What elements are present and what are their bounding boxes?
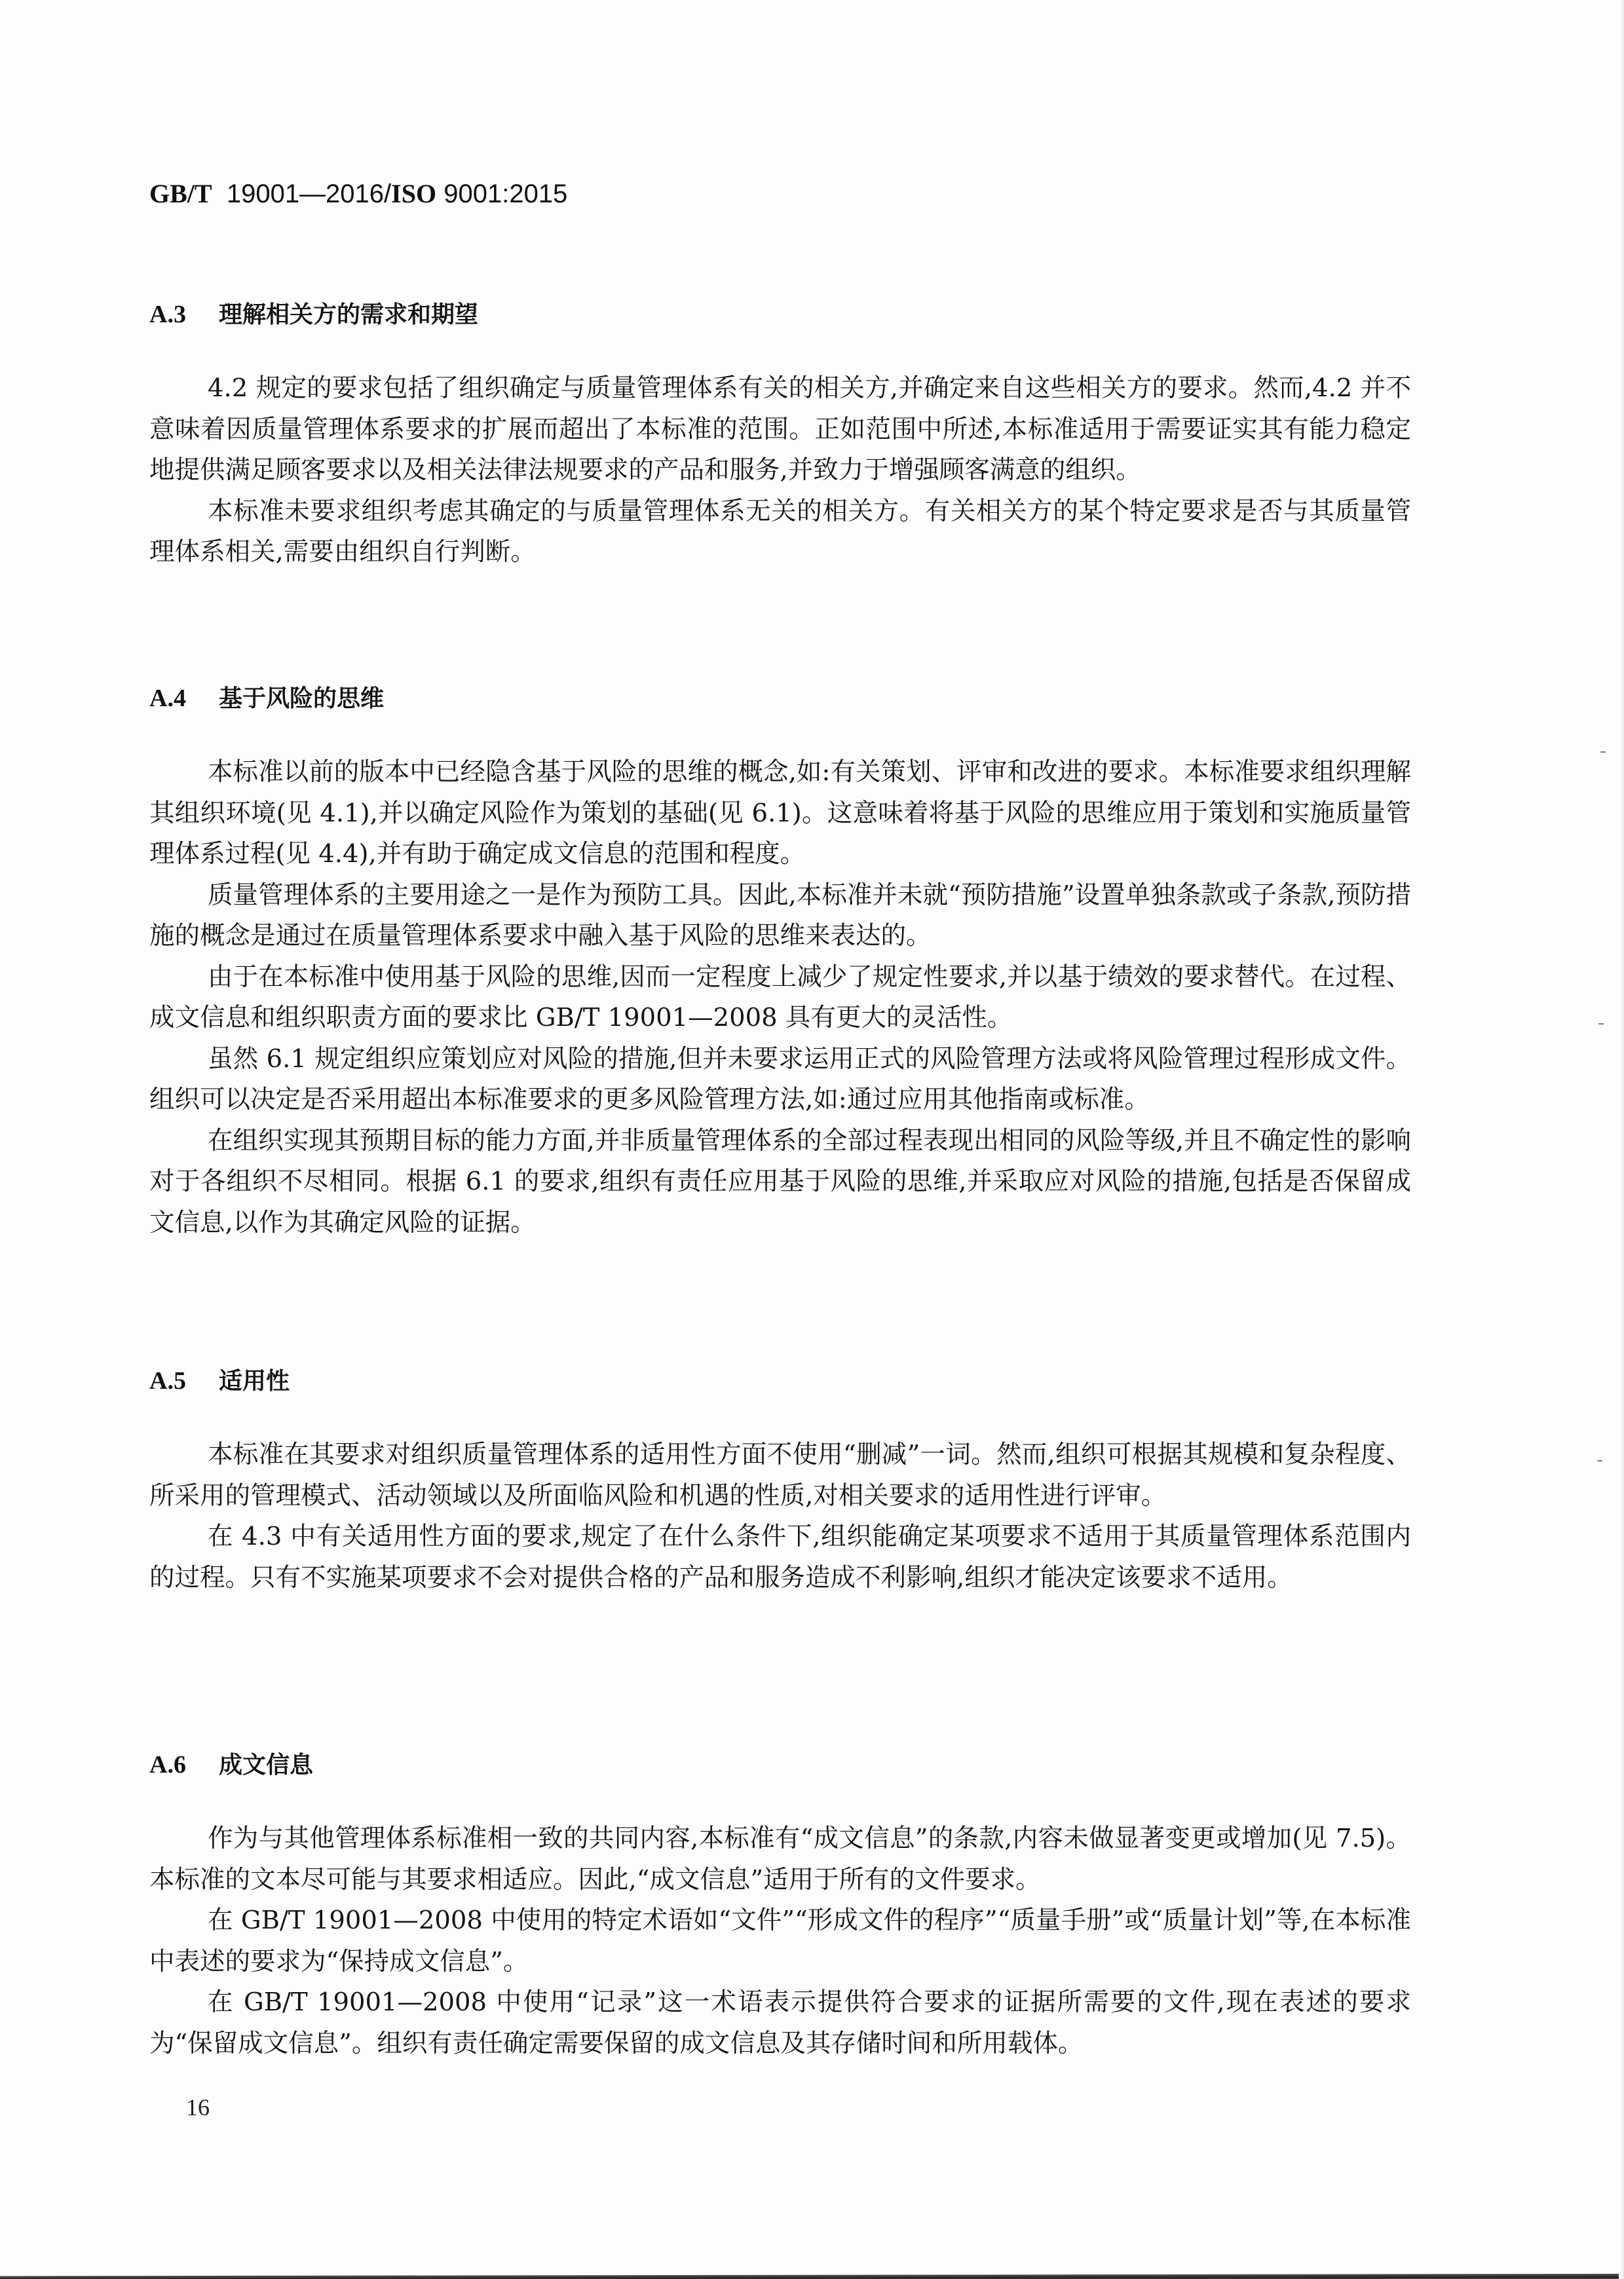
paragraph: 本标准以前的版本中已经隐含基于风险的思维的概念,如:有关策划、评审和改进的要求。… bbox=[149, 752, 1411, 875]
paragraph: 虽然 6.1 规定组织应策划应对风险的措施,但并未要求运用正式的风险管理方法或将… bbox=[149, 1039, 1411, 1121]
section-body-a3: 4.2 规定的要求包括了组织确定与质量管理体系有关的相关方,并确定来自这些相关方… bbox=[149, 368, 1411, 573]
section-heading-a3: A.3理解相关方的需求和期望 bbox=[149, 296, 478, 330]
scan-speck bbox=[1600, 751, 1606, 753]
section-number: A.5 bbox=[149, 1366, 219, 1395]
section-number: A.4 bbox=[149, 684, 219, 713]
section-title: 基于风险的思维 bbox=[219, 685, 384, 712]
section-heading-a5: A.5适用性 bbox=[149, 1363, 290, 1396]
paragraph: 本标准未要求组织考虑其确定的与质量管理体系无关的相关方。有关相关方的某个特定要求… bbox=[149, 491, 1411, 573]
document-header: GB/T 19001—2016/ISO 9001:2015 bbox=[149, 178, 567, 209]
paragraph: 在 GB/T 19001—2008 中使用“记录”这一术语表示提供符合要求的证据… bbox=[149, 1982, 1411, 2064]
section-number: A.3 bbox=[149, 300, 219, 329]
standard-code-prefix: GB/T bbox=[149, 179, 212, 208]
iso-number: 9001:2015 bbox=[444, 179, 567, 208]
scan-speck bbox=[1597, 1460, 1602, 1461]
scan-speck bbox=[1598, 1023, 1604, 1025]
section-body-a6: 作为与其他管理体系标准相一致的共同内容,本标准有“成文信息”的条款,内容未做显著… bbox=[149, 1818, 1411, 2064]
section-title: 成文信息 bbox=[219, 1752, 313, 1779]
paragraph: 由于在本标准中使用基于风险的思维,因而一定程度上减少了规定性要求,并以基于绩效的… bbox=[149, 957, 1411, 1039]
paragraph: 在组织实现其预期目标的能力方面,并非质量管理体系的全部过程表现出相同的风险等级,… bbox=[149, 1121, 1411, 1244]
paragraph: 本标准在其要求对组织质量管理体系的适用性方面不使用“删减”一词。然而,组织可根据… bbox=[149, 1435, 1411, 1516]
paragraph: 作为与其他管理体系标准相一致的共同内容,本标准有“成文信息”的条款,内容未做显著… bbox=[149, 1818, 1411, 1900]
section-body-a4: 本标准以前的版本中已经隐含基于风险的思维的概念,如:有关策划、评审和改进的要求。… bbox=[149, 752, 1411, 1243]
paragraph: 在 4.3 中有关适用性方面的要求,规定了在什么条件下,组织能确定某项要求不适用… bbox=[149, 1516, 1411, 1598]
paragraph: 4.2 规定的要求包括了组织确定与质量管理体系有关的相关方,并确定来自这些相关方… bbox=[149, 368, 1411, 491]
section-number: A.6 bbox=[149, 1750, 219, 1779]
page-number: 16 bbox=[186, 2094, 210, 2121]
section-title: 理解相关方的需求和期望 bbox=[219, 301, 478, 328]
iso-prefix: ISO bbox=[391, 179, 436, 208]
paragraph: 在 GB/T 19001—2008 中使用的特定术语如“文件”“形成文件的程序”… bbox=[149, 1900, 1411, 1982]
scan-bottom-edge bbox=[0, 2274, 1619, 2279]
section-heading-a4: A.4基于风险的思维 bbox=[149, 680, 384, 713]
section-heading-a6: A.6成文信息 bbox=[149, 1746, 313, 1780]
standard-code-number: 19001—2016/ bbox=[227, 179, 391, 208]
paragraph: 质量管理体系的主要用途之一是作为预防工具。因此,本标准并未就“预防措施”设置单独… bbox=[149, 875, 1411, 957]
section-body-a5: 本标准在其要求对组织质量管理体系的适用性方面不使用“删减”一词。然而,组织可根据… bbox=[149, 1435, 1411, 1598]
section-title: 适用性 bbox=[219, 1368, 290, 1395]
scan-right-edge bbox=[1620, 0, 1624, 2279]
